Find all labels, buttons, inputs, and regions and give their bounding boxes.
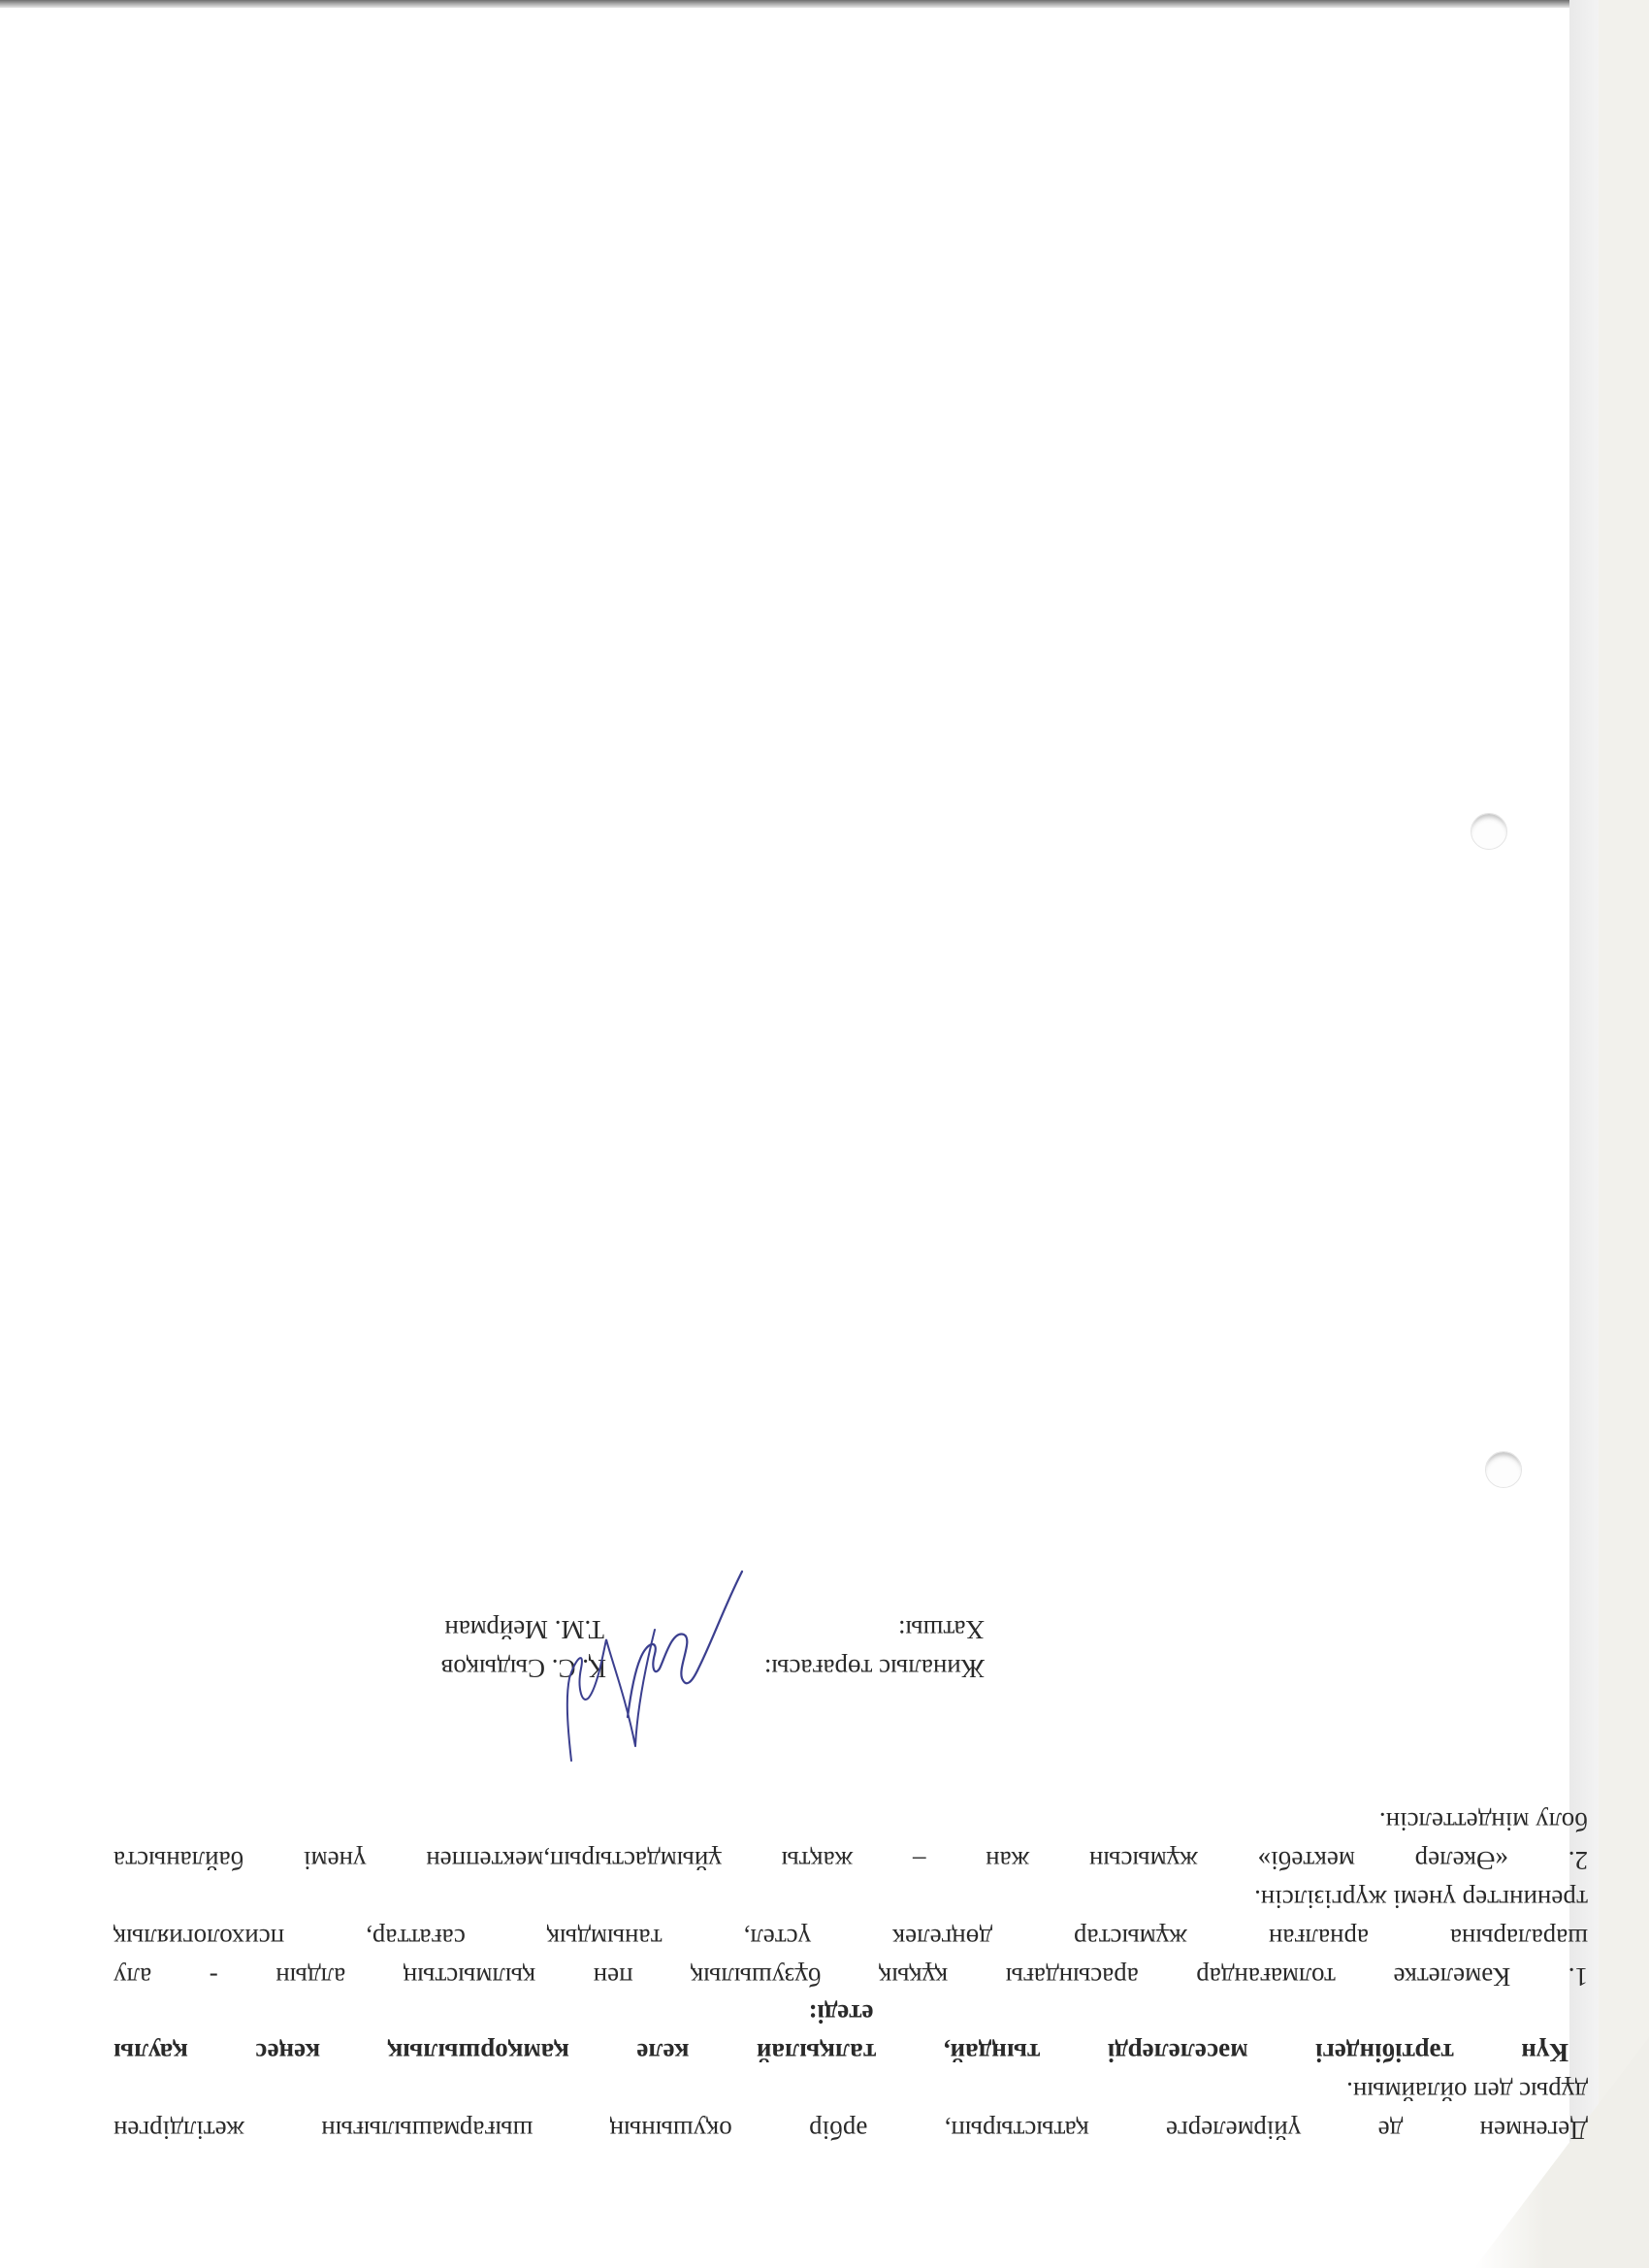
punch-hole-icon bbox=[1471, 813, 1507, 850]
decision-line: шараларына арналған жұмыстар дөңгелек үс… bbox=[113, 1919, 1588, 1958]
chair-role-label: Жиналыс төрағасы: bbox=[764, 1649, 985, 1688]
decision-line: болу міндеттелсін. bbox=[113, 1802, 1588, 1841]
secretary-role-label: Хатшы: bbox=[898, 1610, 985, 1649]
scanner-margin-strip bbox=[1599, 0, 1649, 2268]
decision-line: тренингтер үнемі жүргізілсін. bbox=[113, 1880, 1588, 1919]
intro-line: Дегенмен де үйірмелерге қатыстырып, әрбі… bbox=[113, 2111, 1588, 2150]
intro-paragraph: Дегенмен де үйірмелерге қатыстырып, әрбі… bbox=[113, 2072, 1588, 2150]
intro-line: дұрыс деп ойлаймын. bbox=[113, 2072, 1588, 2111]
decision-item-2: 2. «Әкелер мектебі» жұмысын жан – жақты … bbox=[113, 1802, 1588, 1880]
signature-block: Жиналыс төрағасы: Қ. С. Сыдықов Хатшы: Т… bbox=[306, 1571, 985, 1688]
decision-heading-line: Күн тәртібіндегі мәселелерді тыңдай, тал… bbox=[113, 2033, 1568, 2072]
page-top-edge-shadow bbox=[0, 0, 1573, 8]
punch-hole-icon bbox=[1485, 1451, 1522, 1488]
decision-item-1: 1. Кәмелетке толмағандар арасындағы құқы… bbox=[113, 1880, 1588, 1996]
upside-down-text-block: Дегенмен де үйірмелерге қатыстырып, әрбі… bbox=[112, 1552, 1596, 2154]
decision-line: 2. «Әкелер мектебі» жұмысын жан – жақты … bbox=[113, 1841, 1588, 1880]
decision-line: 1. Кәмелетке толмағандар арасындағы құқы… bbox=[113, 1958, 1588, 1996]
decision-heading-line: етеді: bbox=[113, 1994, 1568, 2033]
decision-heading: Күн тәртібіндегі мәселелерді тыңдай, тал… bbox=[113, 1994, 1568, 2072]
secretary-signature-icon bbox=[558, 1601, 664, 1766]
